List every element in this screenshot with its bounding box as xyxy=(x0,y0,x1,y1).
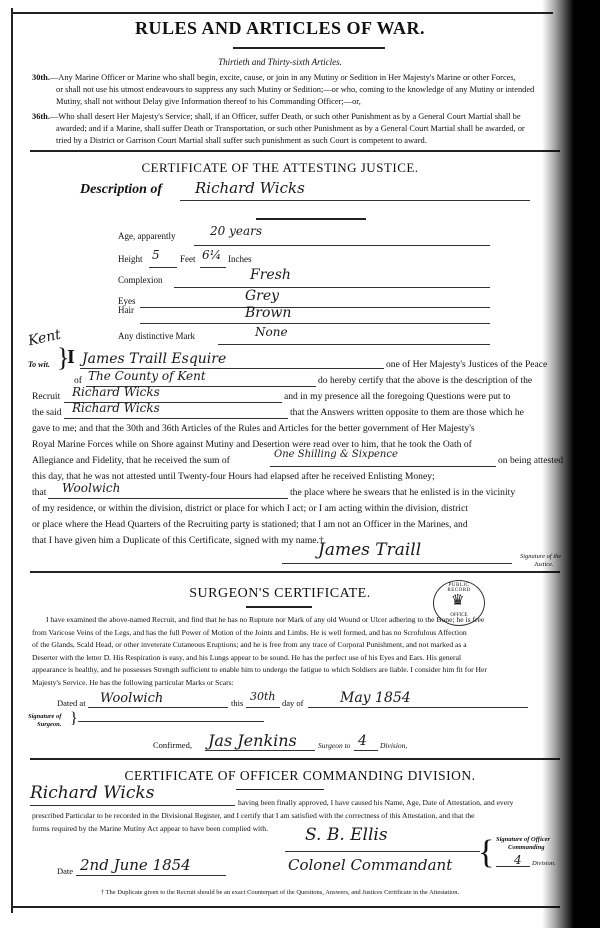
article-line: awarded; and if a Marine, shall suffer D… xyxy=(32,123,525,135)
month-year-line xyxy=(308,707,528,708)
label-line: Signature of xyxy=(28,713,61,721)
justice-line-9-tail: the place where he swears that he enlist… xyxy=(290,485,515,501)
age-label: Age, apparently xyxy=(118,231,175,241)
officer-line-1-tail: having been finally approved, I have cau… xyxy=(238,797,513,810)
justice-line-10: of my residence, or within the division,… xyxy=(32,501,468,517)
officer-signature: S. B. Ellis xyxy=(305,825,388,845)
justice-line1-tail: one of Her Majesty's Justices of the Pea… xyxy=(386,357,547,373)
article-30: 30th.—Any Marine Officer or Marine who s… xyxy=(32,72,534,108)
inches-line xyxy=(200,267,226,268)
justice-statement-line-1: I xyxy=(67,350,75,369)
date-value: 2nd June 1854 xyxy=(80,856,191,874)
officer-recruit-line xyxy=(30,805,235,806)
recruit-name-value: Richard Wicks xyxy=(72,385,160,399)
distinctive-mark-line xyxy=(218,344,490,345)
complexion-value: Fresh xyxy=(250,267,291,283)
day-value: 30th xyxy=(250,690,276,703)
month-year-value: May 1854 xyxy=(340,690,411,706)
surgeon-division-number: 4 xyxy=(358,733,367,749)
height-inches-value: 6¼ xyxy=(202,248,221,262)
surgeon-body-line: I have examined the above-named Recruit,… xyxy=(32,614,487,627)
officer-division-line xyxy=(496,866,530,867)
recruit-label: Recruit xyxy=(32,389,60,405)
description-label: Description of xyxy=(80,182,162,198)
document-title: RULES AND ARTICLES OF WAR. xyxy=(0,18,560,39)
that-label: that xyxy=(32,485,46,501)
justice-name-value: James Traill Esquire xyxy=(82,351,226,367)
date-label: Date xyxy=(57,866,73,876)
justice-line-11: or place where the Head Quarters of the … xyxy=(32,517,468,533)
description-underline xyxy=(256,218,366,220)
complexion-label: Complexion xyxy=(118,275,163,285)
place-line xyxy=(48,498,288,499)
said-name-value: Richard Wicks xyxy=(72,401,160,415)
justice-line3-tail: and in my presence all the foregoing Que… xyxy=(284,389,510,405)
officer-signature-line xyxy=(285,851,480,852)
said-name-line xyxy=(64,418,288,419)
date-line xyxy=(76,875,226,876)
article-36: 36th.—Who shall desert Her Majesty's Ser… xyxy=(32,111,525,147)
officer-recruit-name: Richard Wicks xyxy=(30,783,154,803)
officer-line-2: prescribed Particular to be recorded in … xyxy=(32,810,475,823)
surgeon-signature-line xyxy=(78,721,264,722)
section-divider xyxy=(30,758,560,760)
surgeon-division-label: Division, xyxy=(380,741,407,750)
confirmed-signature: Jas Jenkins xyxy=(208,731,297,750)
inches-label: Inches xyxy=(228,254,252,264)
officer-certificate-title: CERTIFICATE OF OFFICER COMMANDING DIVISI… xyxy=(20,768,580,784)
division-number-line xyxy=(354,750,378,751)
eyes-value: Grey xyxy=(245,288,279,304)
justice-certificate-title: CERTIFICATE OF THE ATTESTING JUSTICE. xyxy=(0,160,560,176)
drop-cap-i: I xyxy=(67,346,75,368)
to-wit-label: To wit. xyxy=(28,360,50,369)
hair-value: Brown xyxy=(245,305,291,321)
justice-line-5: gave to me; and that the 30th and 36th A… xyxy=(32,421,475,437)
title-underline xyxy=(233,47,385,49)
surgeon-body-line: from Varicose Veins of the Legs, and has… xyxy=(32,627,487,640)
age-line xyxy=(194,245,490,246)
height-label: Height xyxy=(118,254,143,264)
article-number: 30th. xyxy=(32,73,50,82)
said-label: the said xyxy=(32,405,62,421)
day-of-label: day of xyxy=(282,698,303,708)
article-line: —Any Marine Officer or Marine who shall … xyxy=(50,73,516,82)
justice-line-6: Royal Marine Forces while on Shore again… xyxy=(32,437,472,453)
officer-caption-brace: { xyxy=(478,836,494,870)
surgeon-signature-label: Signature of Surgeon. xyxy=(28,713,61,729)
rank-value: Colonel Commandant xyxy=(288,856,452,874)
surgeon-title-underline xyxy=(246,606,312,608)
page-border-left xyxy=(11,8,13,913)
confirmed-line xyxy=(205,750,315,751)
surgeon-body: I have examined the above-named Recruit,… xyxy=(32,614,487,689)
this-label: this xyxy=(231,698,243,708)
dated-at-label: Dated at xyxy=(57,698,86,708)
section-divider xyxy=(30,571,560,573)
surgeon-body-line: appearance is healthy, and he possesses … xyxy=(32,664,487,677)
dated-at-line xyxy=(88,707,228,708)
footnote: † The Duplicate given to the Recruit sho… xyxy=(0,889,560,896)
age-value: 20 years xyxy=(210,224,262,238)
attestation-document: RULES AND ARTICLES OF WAR. Thirtieth and… xyxy=(0,0,600,928)
article-number: 36th. xyxy=(32,112,50,121)
distinctive-mark-value: None xyxy=(255,325,288,339)
document-subtitle: Thirtieth and Thirty-sixth Articles. xyxy=(0,57,560,67)
surgeon-to-label: Surgeon to xyxy=(318,741,350,750)
description-value: Richard Wicks xyxy=(195,179,305,197)
place-value: Woolwich xyxy=(62,481,120,495)
hair-label: Hair xyxy=(118,305,134,315)
height-feet-value: 5 xyxy=(152,248,160,262)
description-line xyxy=(180,200,530,201)
justice-line4-tail: that the Answers written opposite to the… xyxy=(290,405,524,421)
sum-value: One Shilling & Sixpence xyxy=(274,449,398,460)
jurisdiction-value: The County of Kent xyxy=(88,369,206,383)
feet-line xyxy=(149,267,177,268)
justice-line-12: that I have given him a Duplicate of thi… xyxy=(32,533,324,549)
justice-signature-line xyxy=(282,563,512,564)
complexion-line xyxy=(174,287,490,288)
confirmed-label: Confirmed, xyxy=(153,740,192,750)
feet-label: Feet xyxy=(180,254,196,264)
dated-at-value: Woolwich xyxy=(100,691,163,706)
justice-line2-tail: do hereby certify that the above is the … xyxy=(318,373,532,389)
surgeon-body-line: of the Glands, Scald Head, or other inve… xyxy=(32,639,487,652)
surgeon-signature-brace: } xyxy=(70,710,78,728)
page-border-top xyxy=(13,12,553,14)
officer-division-number: 4 xyxy=(514,853,522,867)
article-line: tried by a District or Garrison Court Ma… xyxy=(32,135,525,147)
scan-dark-edge xyxy=(542,0,600,928)
justice-line-7-head: Allegiance and Fidelity, that he receive… xyxy=(32,453,230,469)
officer-line-3: forms required by the Marine Mutiny Act … xyxy=(32,823,268,836)
eyes-line xyxy=(140,307,490,308)
sum-line xyxy=(270,466,496,467)
surgeon-body-line: Majesty's Service. He has the following … xyxy=(32,677,487,690)
bottom-border xyxy=(12,906,560,908)
article-line: —Who shall desert Her Majesty's Service;… xyxy=(50,112,521,121)
officer-title-underline xyxy=(236,789,324,790)
hair-line xyxy=(140,323,490,324)
justice-signature: James Traill xyxy=(318,540,421,560)
article-line: or shall not use his utmost endeavours t… xyxy=(32,84,534,96)
surgeon-body-line: Deserter with the letter D. His Respirat… xyxy=(32,652,487,665)
label-line: Surgeon. xyxy=(28,721,61,729)
stamp-text-top: PUBLIC RECORD xyxy=(438,583,480,593)
day-line xyxy=(246,707,280,708)
distinctive-mark-label: Any distinctive Mark xyxy=(118,331,195,341)
crown-icon: ♛ xyxy=(451,594,464,609)
section-divider xyxy=(30,150,560,152)
article-line: Mutiny, shall not without Delay give Inf… xyxy=(32,96,534,108)
